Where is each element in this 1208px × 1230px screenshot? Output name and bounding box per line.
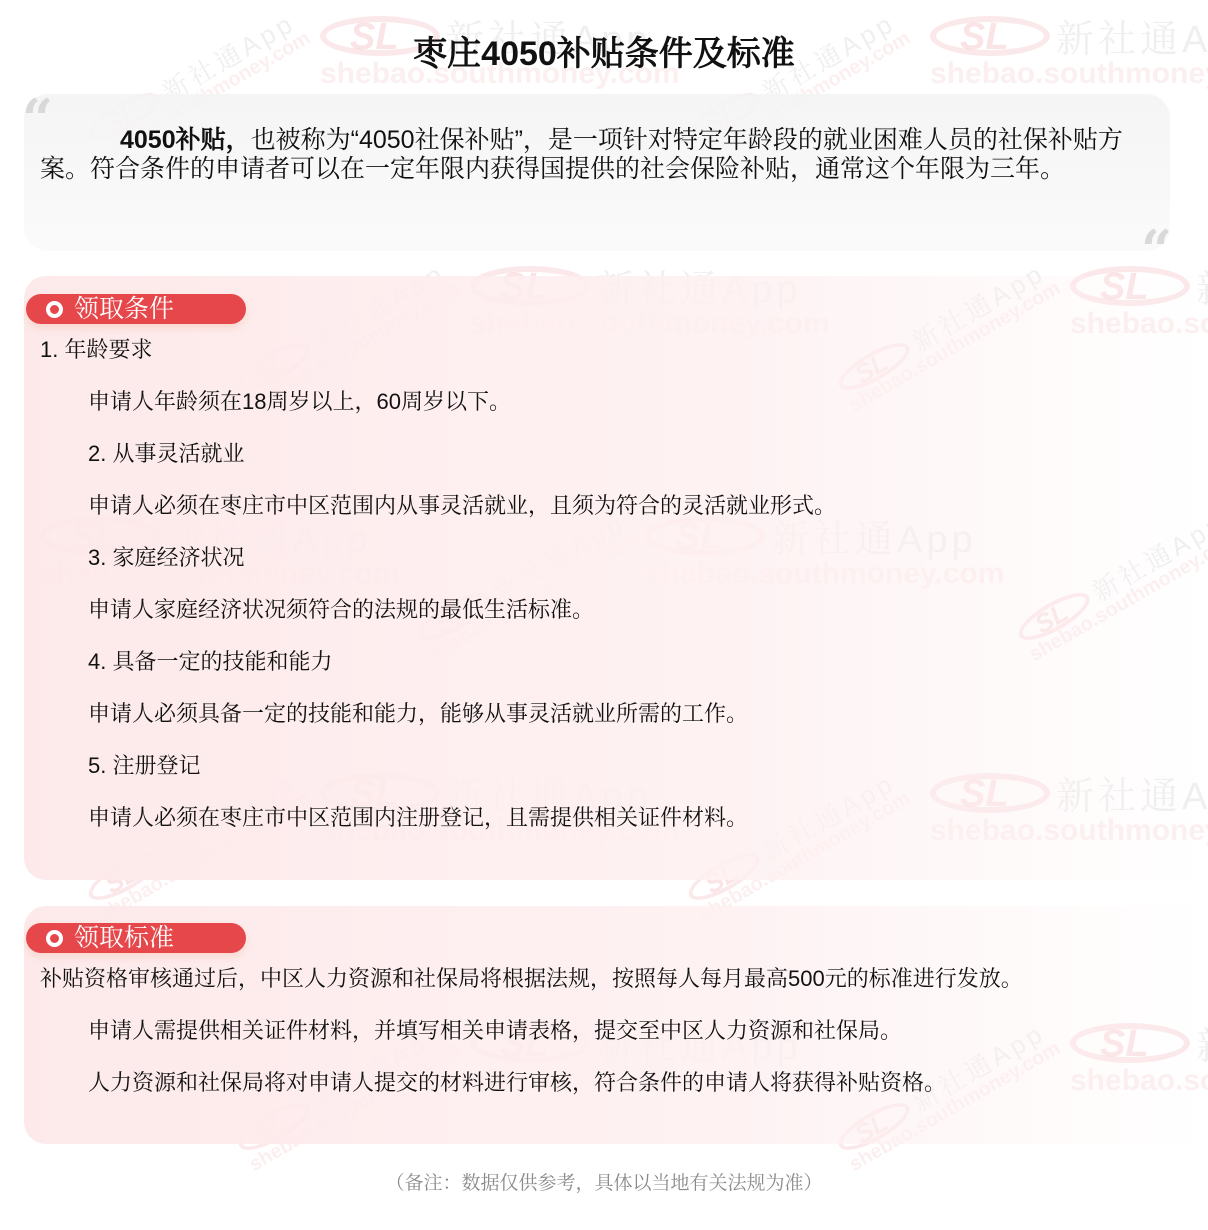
condition-item-heading: 5. 注册登记 [88,753,200,779]
condition-item-heading: 1. 年龄要求 [40,337,152,363]
circle-bullet-icon [46,301,63,318]
footnote: （备注：数据仅供参考，具体以当地有关法规为准） [0,1168,1208,1195]
standard-text: 补贴资格审核通过后，中区人力资源和社保局将根据法规，按照每人每月最高500元的标… [40,966,1023,992]
section-heading-pill: 领取标准 [26,923,246,953]
condition-item-heading: 4. 具备一定的技能和能力 [88,649,332,675]
intro-bold-lead: 4050补贴， [120,126,251,154]
close-quote-icon: “ [1141,223,1172,277]
section-heading-pill: 领取条件 [26,294,246,324]
section-standards: 领取标准 补贴资格审核通过后，中区人力资源和社保局将根据法规，按照每人每月最高5… [24,906,1208,1144]
condition-item-text: 申请人必须在枣庄市中区范围内从事灵活就业，且须为符合的灵活就业形式。 [88,493,836,519]
intro-box: “ 4050补贴，也被称为“4050社保补贴”，是一项针对特定年龄段的就业困难人… [24,94,1170,251]
standard-text: 人力资源和社保局将对申请人提交的材料进行审核，符合条件的申请人将获得补贴资格。 [88,1070,946,1096]
condition-item-text: 申请人必须具备一定的技能和能力，能够从事灵活就业所需的工作。 [88,701,748,727]
standard-text: 申请人需提供相关证件材料，并填写相关申请表格，提交至中区人力资源和社保局。 [88,1018,902,1044]
circle-bullet-icon [46,930,63,947]
condition-item-text: 申请人家庭经济状况须符合的法规的最低生活标准。 [88,597,594,623]
intro-paragraph: 4050补贴，也被称为“4050社保补贴”，是一项针对特定年龄段的就业困难人员的… [40,126,1154,184]
page-title: 枣庄4050补贴条件及标准 [0,26,1208,75]
open-quote-icon: “ [22,92,53,146]
condition-item-heading: 3. 家庭经济状况 [88,545,244,571]
section-conditions: 领取条件 1. 年龄要求 申请人年龄须在18周岁以上，60周岁以下。 2. 从事… [24,276,1208,880]
condition-item-text: 申请人年龄须在18周岁以上，60周岁以下。 [88,389,511,415]
condition-item-heading: 2. 从事灵活就业 [88,441,244,467]
condition-item-text: 申请人必须在枣庄市中区范围内注册登记，且需提供相关证件材料。 [88,805,748,831]
section-heading: 领取条件 [74,295,174,323]
section-heading: 领取标准 [74,924,174,952]
